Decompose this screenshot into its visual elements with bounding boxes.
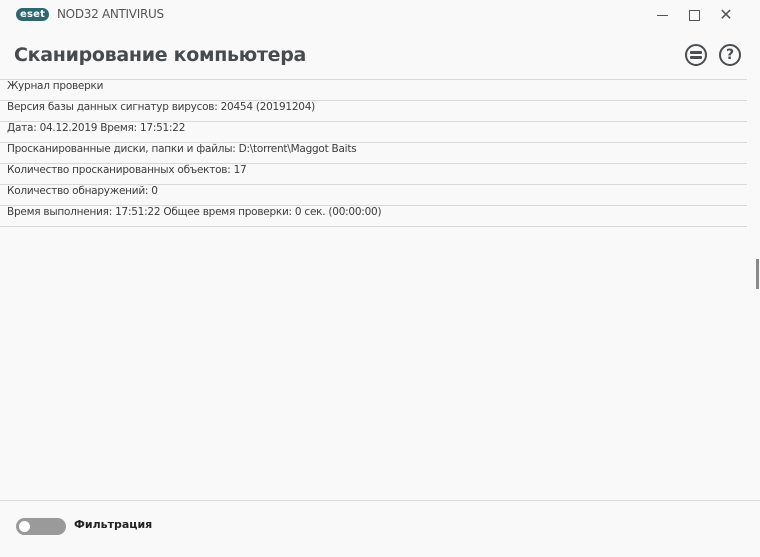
help-icon: ? (726, 47, 734, 63)
filter-label: Фильтрация (74, 518, 152, 531)
minimize-button[interactable] (648, 4, 676, 26)
product-name: NOD32 ANTIVIRUS (57, 7, 164, 21)
log-row-scanned-targets[interactable]: Просканированные диски, папки и файлы: D… (0, 143, 747, 164)
log-row-signature-version[interactable]: Версия базы данных сигнатур вирусов: 204… (0, 101, 747, 122)
scan-log: Журнал проверки Версия базы данных сигна… (0, 79, 747, 227)
log-row-detections[interactable]: Количество обнаружений: 0 (0, 185, 747, 206)
minimize-icon (657, 15, 668, 16)
page-title: Сканирование компьютера (14, 44, 306, 66)
menu-icon (690, 51, 702, 59)
log-row-scanned-count[interactable]: Количество просканированных объектов: 17 (0, 164, 747, 185)
maximize-icon (689, 10, 700, 21)
title-bar: eset NOD32 ANTIVIRUS ✕ (0, 0, 760, 30)
close-button[interactable]: ✕ (712, 4, 740, 26)
toggle-knob (19, 521, 30, 532)
footer: Фильтрация (0, 500, 760, 557)
filter-toggle[interactable] (16, 518, 66, 535)
log-row-duration[interactable]: Время выполнения: 17:51:22 Общее время п… (0, 206, 747, 227)
maximize-button[interactable] (680, 4, 708, 26)
menu-button[interactable] (685, 44, 707, 66)
close-icon: ✕ (719, 7, 732, 23)
log-row-date-time[interactable]: Дата: 04.12.2019 Время: 17:51:22 (0, 122, 747, 143)
eset-logo: eset (16, 8, 49, 21)
scrollbar-thumb[interactable] (756, 259, 759, 289)
help-button[interactable]: ? (719, 44, 741, 66)
log-scrollbar[interactable] (756, 79, 759, 499)
log-row-title[interactable]: Журнал проверки (0, 80, 747, 101)
